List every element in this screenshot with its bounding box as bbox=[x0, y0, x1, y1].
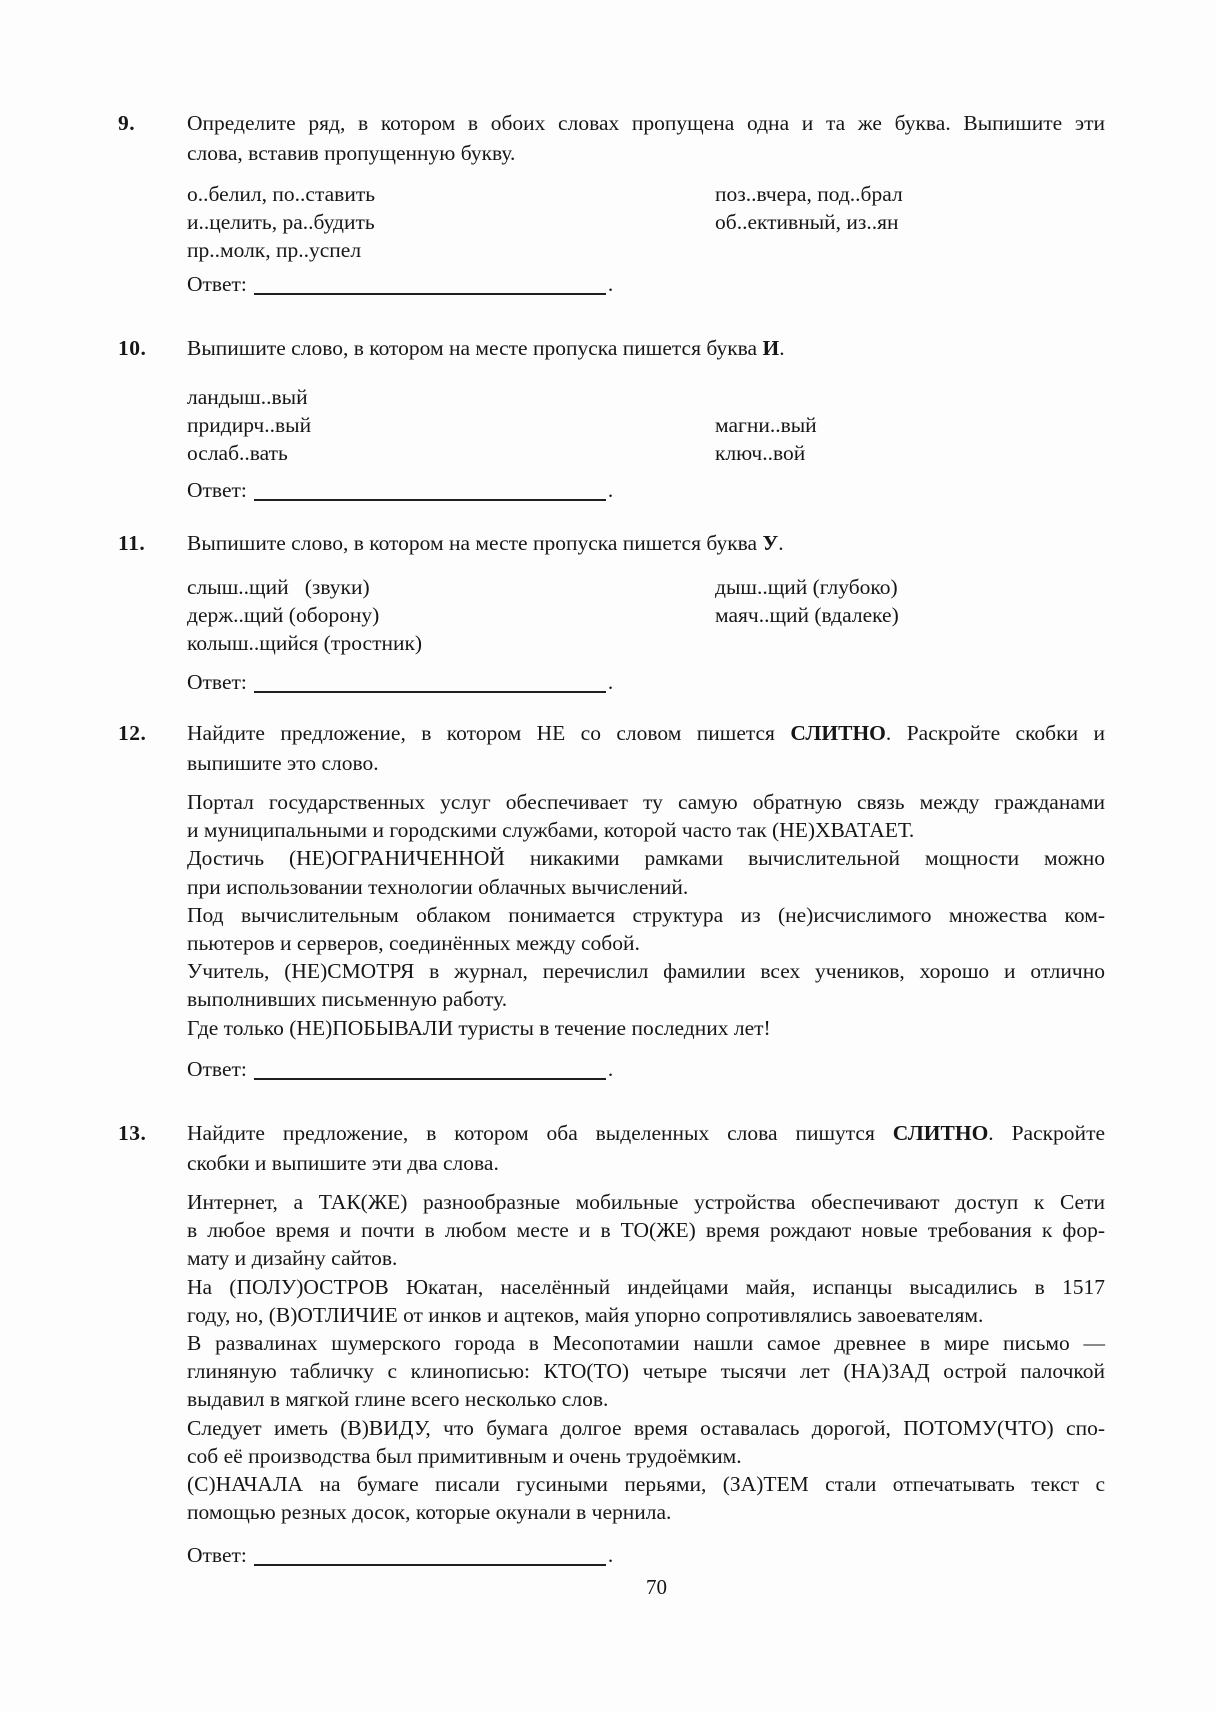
sentence-line: году, но, (В)ОТЛИЧИЕ от инков и ацтеков,… bbox=[187, 1301, 1105, 1329]
answer-blank-line bbox=[254, 673, 606, 693]
word-option-right: дыш..щий (глубоко) bbox=[715, 573, 898, 601]
sentence-line: выполнивших письменную работу. bbox=[187, 985, 1105, 1013]
sentence-line: Портал государственных услуг обеспечивае… bbox=[187, 788, 1105, 816]
word-option-left: слыш..щий (звуки) bbox=[187, 573, 715, 601]
sentence-line: На (ПОЛУ)ОСТРОВ Юкатан, населённый индей… bbox=[187, 1273, 1105, 1301]
question-sentences: Портал государственных услуг обеспечивае… bbox=[187, 788, 1105, 1042]
word-option-left: и..целить, ра..будить bbox=[187, 208, 715, 236]
prompt-text: Выпишите слово, в котором на месте пропу… bbox=[187, 336, 762, 360]
sentence-line: В развалинах шумерского города в Месопот… bbox=[187, 1329, 1105, 1357]
answer-blank-line bbox=[254, 481, 606, 501]
page-number: 70 bbox=[646, 1573, 667, 1601]
word-options-list: о..белил, по..ставитьпоз..вчера, под..бр… bbox=[187, 180, 1105, 264]
word-option-left: ландыш..вый bbox=[187, 383, 715, 411]
word-option-right: поз..вчера, под..брал bbox=[715, 180, 903, 208]
prompt-text: слова, вставив пропущенную букву. bbox=[187, 141, 515, 165]
question-number: 12. bbox=[118, 718, 170, 748]
answer-row: Ответ:. bbox=[187, 1541, 613, 1569]
question-number: 10. bbox=[118, 333, 170, 363]
prompt-text: Найдите предложение, в котором НЕ со сло… bbox=[187, 721, 790, 745]
answer-row: Ответ:. bbox=[187, 668, 613, 696]
word-options-list: слыш..щий (звуки)дыш..щий (глубоко)держ.… bbox=[187, 573, 1105, 657]
prompt-text: Выпишите слово, в котором на месте пропу… bbox=[187, 531, 762, 555]
sentence-line: Следует иметь (В)ВИДУ, что бумага долгое… bbox=[187, 1414, 1105, 1442]
word-option-right: об..ективный, из..ян bbox=[715, 208, 899, 236]
question-prompt: Выпишите слово, в котором на месте пропу… bbox=[187, 333, 1105, 363]
word-option-row: слыш..щий (звуки)дыш..щий (глубоко) bbox=[187, 573, 1105, 601]
sentence-line: соб её производства был примитивным и оч… bbox=[187, 1442, 1105, 1470]
sentence-line: (С)НАЧАЛА на бумаге писали гусиными перь… bbox=[187, 1470, 1105, 1498]
word-option-left: о..белил, по..ставить bbox=[187, 180, 715, 208]
word-option-right: магни..вый bbox=[715, 411, 817, 439]
answer-period: . bbox=[608, 272, 613, 296]
word-option-left: колыш..щийся (тростник) bbox=[187, 629, 715, 657]
prompt-text: . Раскройте bbox=[988, 1121, 1105, 1145]
question-number: 9. bbox=[118, 108, 170, 138]
prompt-bold-word: У bbox=[762, 531, 778, 555]
question-prompt: Определите ряд, в котором в обоих словах… bbox=[187, 108, 1105, 168]
sentence: На (ПОЛУ)ОСТРОВ Юкатан, населённый индей… bbox=[187, 1273, 1105, 1329]
word-options-list: ландыш..выйпридирч..выймагни..выйослаб..… bbox=[187, 383, 1105, 467]
word-option-row: ослаб..ватьключ..вой bbox=[187, 439, 1105, 467]
word-option-left: пр..молк, пр..успел bbox=[187, 236, 715, 264]
word-option-row: держ..щий (оборону)маяч..щий (вдалеке) bbox=[187, 601, 1105, 629]
sentence: Учитель, (НЕ)СМОТРЯ в журнал, перечислил… bbox=[187, 957, 1105, 1013]
question-prompt: Выпишите слово, в котором на месте пропу… bbox=[187, 528, 1105, 558]
word-option-right: маяч..щий (вдалеке) bbox=[715, 601, 899, 629]
prompt-text: . bbox=[778, 531, 783, 555]
answer-label: Ответ: bbox=[187, 1057, 247, 1081]
prompt-text: . Раскройте скобки и bbox=[886, 721, 1105, 745]
answer-period: . bbox=[608, 670, 613, 694]
sentence-line: мату и дизайну сайтов. bbox=[187, 1244, 1105, 1272]
sentence-line: выдавил в мягкой глине всего несколько с… bbox=[187, 1385, 1105, 1413]
scanned-exam-page: { "page": { "number": "70" }, "labels": … bbox=[0, 0, 1216, 1712]
word-option-row: и..целить, ра..будитьоб..ективный, из..я… bbox=[187, 208, 1105, 236]
sentence-line: Учитель, (НЕ)СМОТРЯ в журнал, перечислил… bbox=[187, 957, 1105, 985]
answer-period: . bbox=[608, 1543, 613, 1567]
sentence-line: Под вычислительным облаком понимается ст… bbox=[187, 901, 1105, 929]
word-option-right: ключ..вой bbox=[715, 439, 805, 467]
sentence: В развалинах шумерского города в Месопот… bbox=[187, 1329, 1105, 1414]
question-prompt: Найдите предложение, в котором оба выдел… bbox=[187, 1118, 1105, 1178]
sentence: Интернет, а ТАК(ЖЕ) разнообразные мобиль… bbox=[187, 1188, 1105, 1273]
sentence-line: и муниципальными и городскими службами, … bbox=[187, 816, 1105, 844]
prompt-line: скобки и выпишите эти два слова. bbox=[187, 1148, 1105, 1178]
answer-row: Ответ:. bbox=[187, 270, 613, 298]
sentence-line: помощью резных досок, которые окунали в … bbox=[187, 1498, 1105, 1526]
answer-blank-line bbox=[254, 1546, 606, 1566]
word-option-left: придирч..вый bbox=[187, 411, 715, 439]
prompt-text: выпишите это слово. bbox=[187, 751, 379, 775]
sentence-line: глиняную табличку с клинописью: КТО(ТО) … bbox=[187, 1357, 1105, 1385]
prompt-line: Выпишите слово, в котором на месте пропу… bbox=[187, 333, 1105, 363]
sentence-line: в любое время и почти в любом месте и в … bbox=[187, 1216, 1105, 1244]
question-prompt: Найдите предложение, в котором НЕ со сло… bbox=[187, 718, 1105, 778]
answer-label: Ответ: bbox=[187, 478, 247, 502]
sentence-line: Достичь (НЕ)ОГРАНИЧЕННОЙ никакими рамкам… bbox=[187, 844, 1105, 872]
answer-blank-line bbox=[254, 275, 606, 295]
prompt-line: Определите ряд, в котором в обоих словах… bbox=[187, 108, 1105, 138]
prompt-text: скобки и выпишите эти два слова. bbox=[187, 1151, 499, 1175]
sentence-line: пьютеров и серверов, соединённых между с… bbox=[187, 929, 1105, 957]
prompt-line: выпишите это слово. bbox=[187, 748, 1105, 778]
word-option-row: пр..молк, пр..успел bbox=[187, 236, 1105, 264]
prompt-text: . bbox=[779, 336, 784, 360]
answer-row: Ответ:. bbox=[187, 1055, 613, 1083]
prompt-text: Найдите предложение, в котором оба выдел… bbox=[187, 1121, 893, 1145]
sentence: Следует иметь (В)ВИДУ, что бумага долгое… bbox=[187, 1414, 1105, 1470]
prompt-bold-word: СЛИТНО bbox=[893, 1121, 989, 1145]
prompt-line: Найдите предложение, в котором НЕ со сло… bbox=[187, 718, 1105, 748]
prompt-line: Найдите предложение, в котором оба выдел… bbox=[187, 1118, 1105, 1148]
word-option-left: ослаб..вать bbox=[187, 439, 715, 467]
word-option-row: ландыш..вый bbox=[187, 383, 1105, 411]
sentence: Достичь (НЕ)ОГРАНИЧЕННОЙ никакими рамкам… bbox=[187, 844, 1105, 900]
sentence: Где только (НЕ)ПОБЫВАЛИ туристы в течени… bbox=[187, 1014, 1105, 1042]
prompt-bold-word: СЛИТНО bbox=[790, 721, 886, 745]
sentence: (С)НАЧАЛА на бумаге писали гусиными перь… bbox=[187, 1470, 1105, 1526]
question-number: 13. bbox=[118, 1118, 170, 1148]
word-option-row: колыш..щийся (тростник) bbox=[187, 629, 1105, 657]
sentence-line: Где только (НЕ)ПОБЫВАЛИ туристы в течени… bbox=[187, 1014, 1105, 1042]
answer-row: Ответ:. bbox=[187, 476, 613, 504]
answer-label: Ответ: bbox=[187, 272, 247, 296]
prompt-line: Выпишите слово, в котором на месте пропу… bbox=[187, 528, 1105, 558]
word-option-row: о..белил, по..ставитьпоз..вчера, под..бр… bbox=[187, 180, 1105, 208]
sentence: Портал государственных услуг обеспечивае… bbox=[187, 788, 1105, 844]
sentence-line: при использовании технологии облачных вы… bbox=[187, 873, 1105, 901]
word-option-row: придирч..выймагни..вый bbox=[187, 411, 1105, 439]
answer-period: . bbox=[608, 1057, 613, 1081]
prompt-bold-word: И bbox=[762, 336, 779, 360]
sentence-line: Интернет, а ТАК(ЖЕ) разнообразные мобиль… bbox=[187, 1188, 1105, 1216]
sentence: Под вычислительным облаком понимается ст… bbox=[187, 901, 1105, 957]
answer-period: . bbox=[608, 478, 613, 502]
question-number: 11. bbox=[118, 528, 170, 558]
question-sentences: Интернет, а ТАК(ЖЕ) разнообразные мобиль… bbox=[187, 1188, 1105, 1526]
prompt-text: Определите ряд, в котором в обоих словах… bbox=[187, 111, 1105, 135]
prompt-line: слова, вставив пропущенную букву. bbox=[187, 138, 1105, 168]
answer-label: Ответ: bbox=[187, 1543, 247, 1567]
answer-label: Ответ: bbox=[187, 670, 247, 694]
answer-blank-line bbox=[254, 1060, 606, 1080]
word-option-left: держ..щий (оборону) bbox=[187, 601, 715, 629]
